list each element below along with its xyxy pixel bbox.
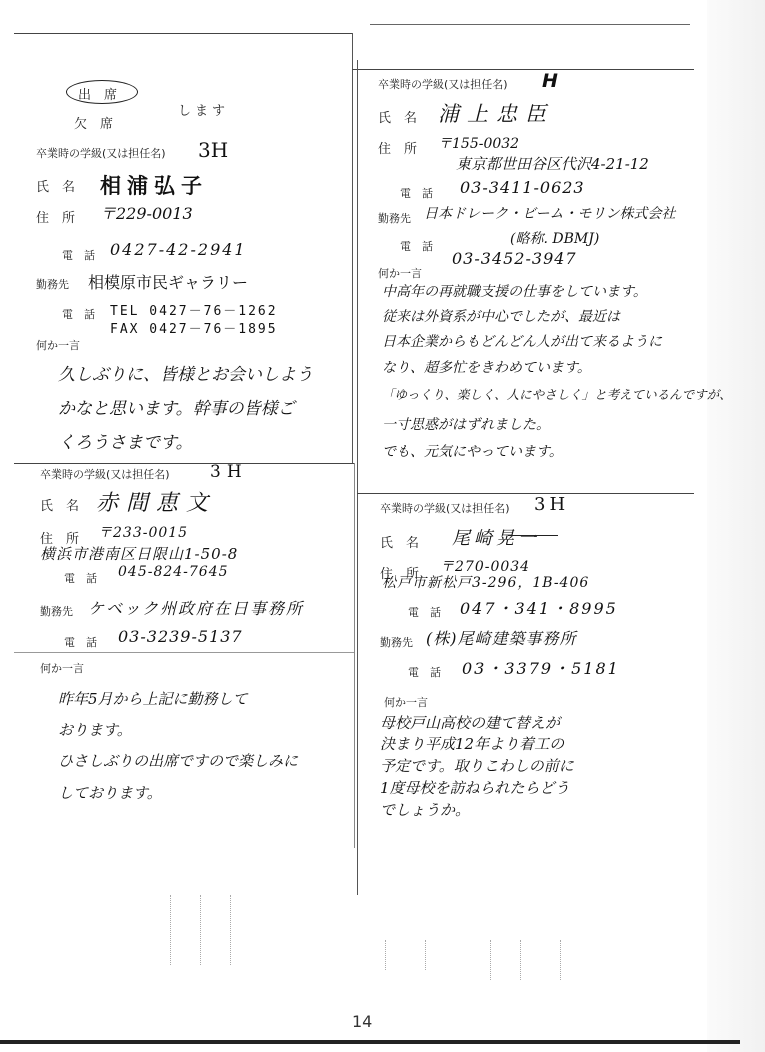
card-border-top: [357, 493, 694, 494]
work-tel: TEL 0427－76－1262: [110, 300, 278, 319]
attend-option: 出 席: [78, 84, 117, 103]
work-phone-label: 電 話: [64, 634, 97, 650]
comment-line: 昨年5月から上記に勤務して: [58, 688, 248, 709]
address-value: 横浜市港南区日限山1-50-8: [40, 543, 238, 564]
card-border-top: [14, 463, 354, 464]
comment-line: 中高年の再就職支援の仕事をしています。: [382, 281, 647, 301]
name-label: 氏 名: [378, 107, 417, 126]
postal-code: 〒155-0032: [438, 133, 519, 153]
postal-code: 〒229-0013: [100, 201, 193, 224]
name-value: 相浦弘子: [100, 170, 208, 200]
work-phone-value: 03・3379・5181: [462, 656, 620, 679]
comment-line: しております。: [58, 782, 162, 803]
phone-value: 045-824-7645: [118, 564, 229, 580]
phone-value: 0427-42-2941: [110, 240, 247, 259]
comment-line: おります。: [58, 719, 132, 740]
phone-label: 電 話: [408, 604, 441, 620]
comment-line: でも、元気にやっています。: [382, 441, 563, 461]
comment-line: 久しぶりに、皆様とお会いしよう: [58, 360, 313, 385]
class-value: 3H: [534, 494, 569, 515]
name-label: 氏 名: [380, 532, 419, 551]
phone-label: 電 話: [62, 247, 95, 263]
address-label: 住 所: [378, 138, 417, 157]
comment-line: ひさしぶりの出席ですので楽しみに: [58, 750, 298, 771]
work-phone-value: 03-3239-5137: [118, 627, 243, 646]
absent-option: 欠 席: [74, 113, 113, 132]
class-value: 3H: [210, 462, 248, 482]
workplace-value: ケベック州政府在日事務所: [88, 596, 304, 619]
comment-label: 何か一言: [36, 337, 80, 353]
scan-artifact: [230, 895, 231, 965]
comment-line: 一寸思惑がはずれました。: [382, 414, 550, 434]
workplace-note: (略称. DBMJ): [510, 228, 599, 248]
work-phone-value: 03-3452-3947: [452, 249, 577, 268]
comment-line: 日本企業からもどんどん人が出て来るように: [382, 331, 662, 351]
comment-line: 1度母校を訪ねられたらどう: [380, 777, 570, 798]
work-phone-label: 電 話: [62, 306, 95, 322]
scan-artifact: [385, 940, 386, 970]
card-edge-top: [370, 24, 690, 25]
name-value: 尾崎晃一: [452, 524, 540, 550]
work-fax: FAX 0427－76－1895: [110, 318, 278, 337]
will-text: します: [178, 100, 229, 119]
phone-value: 03-3411-0623: [460, 178, 585, 197]
page-bottom-edge: [0, 1040, 740, 1044]
comment-line: かなと思います。幹事の皆様ご: [58, 394, 295, 419]
comment-line: 母校戸山高校の建て替えが: [380, 712, 560, 733]
class-label: 卒業時の学級(又は担任名): [36, 145, 166, 161]
phone-value: 047・341・8995: [460, 596, 618, 619]
scan-page-edge: [707, 0, 765, 1052]
workplace-label: 勤務先: [40, 603, 73, 619]
workplace-value: 日本ドレーク・ビーム・モリン株式会社: [424, 203, 675, 223]
comment-label: 何か一言: [378, 265, 422, 281]
scan-artifact: [560, 940, 561, 980]
comment-line: でしょうか。: [380, 799, 470, 820]
phone-label: 電 話: [400, 185, 433, 201]
card-border-left: [357, 60, 358, 895]
comment-line: くろうさまです。: [58, 428, 193, 453]
card-border-right: [354, 463, 355, 848]
class-label: 卒業時の学級(又は担任名): [378, 76, 508, 92]
name-value: 赤間恵文: [96, 486, 216, 517]
card-border-top: [14, 33, 352, 34]
name-label: 氏 名: [40, 495, 79, 514]
comment-line: なり、超多忙をきわめています。: [382, 357, 591, 377]
comment-line: 従来は外資系が中心でしたが、最近は: [382, 306, 620, 326]
scan-artifact: [520, 940, 521, 980]
work-phone-label: 電 話: [400, 238, 433, 254]
workplace-value: (株)尾崎建築事務所: [426, 626, 577, 649]
scan-artifact: [200, 895, 201, 965]
class-value: H: [542, 70, 558, 92]
card-divider: [14, 652, 354, 653]
work-phone-label: 電 話: [408, 664, 441, 680]
class-value: 3H: [198, 138, 228, 162]
comment-line: 予定です。取りこわしの前に: [380, 755, 574, 776]
card-border-right: [352, 33, 353, 463]
card-border-top: [352, 69, 694, 70]
workplace-label: 勤務先: [36, 276, 69, 292]
name-value: 浦上忠臣: [438, 98, 554, 128]
workplace-label: 勤務先: [380, 634, 413, 650]
scan-artifact: [490, 940, 491, 980]
workplace-label: 勤務先: [378, 210, 411, 226]
address-label: 住 所: [36, 207, 75, 226]
class-label: 卒業時の学級(又は担任名): [40, 466, 170, 482]
class-label: 卒業時の学級(又は担任名): [380, 500, 510, 516]
comment-line: 決まり平成12年より着工の: [380, 733, 564, 754]
scan-artifact: [425, 940, 426, 970]
page-number: 14: [352, 1012, 372, 1031]
phone-label: 電 話: [64, 570, 97, 586]
scan-artifact: [170, 895, 171, 965]
comment-line: 「ゆっくり、楽しく、人にやさしく」と考えているんですが、: [382, 385, 732, 403]
workplace-value: 相模原市民ギャラリー: [88, 270, 248, 293]
name-underline-stroke: [508, 535, 558, 536]
postal-code: 〒233-0015: [98, 522, 188, 542]
name-label: 氏 名: [36, 176, 75, 195]
comment-label: 何か一言: [384, 694, 428, 710]
comment-label: 何か一言: [40, 660, 84, 676]
address-value: 松戸市新松戸3-296，1B-406: [382, 572, 589, 592]
address-value: 東京都世田谷区代沢4-21-12: [456, 153, 649, 174]
